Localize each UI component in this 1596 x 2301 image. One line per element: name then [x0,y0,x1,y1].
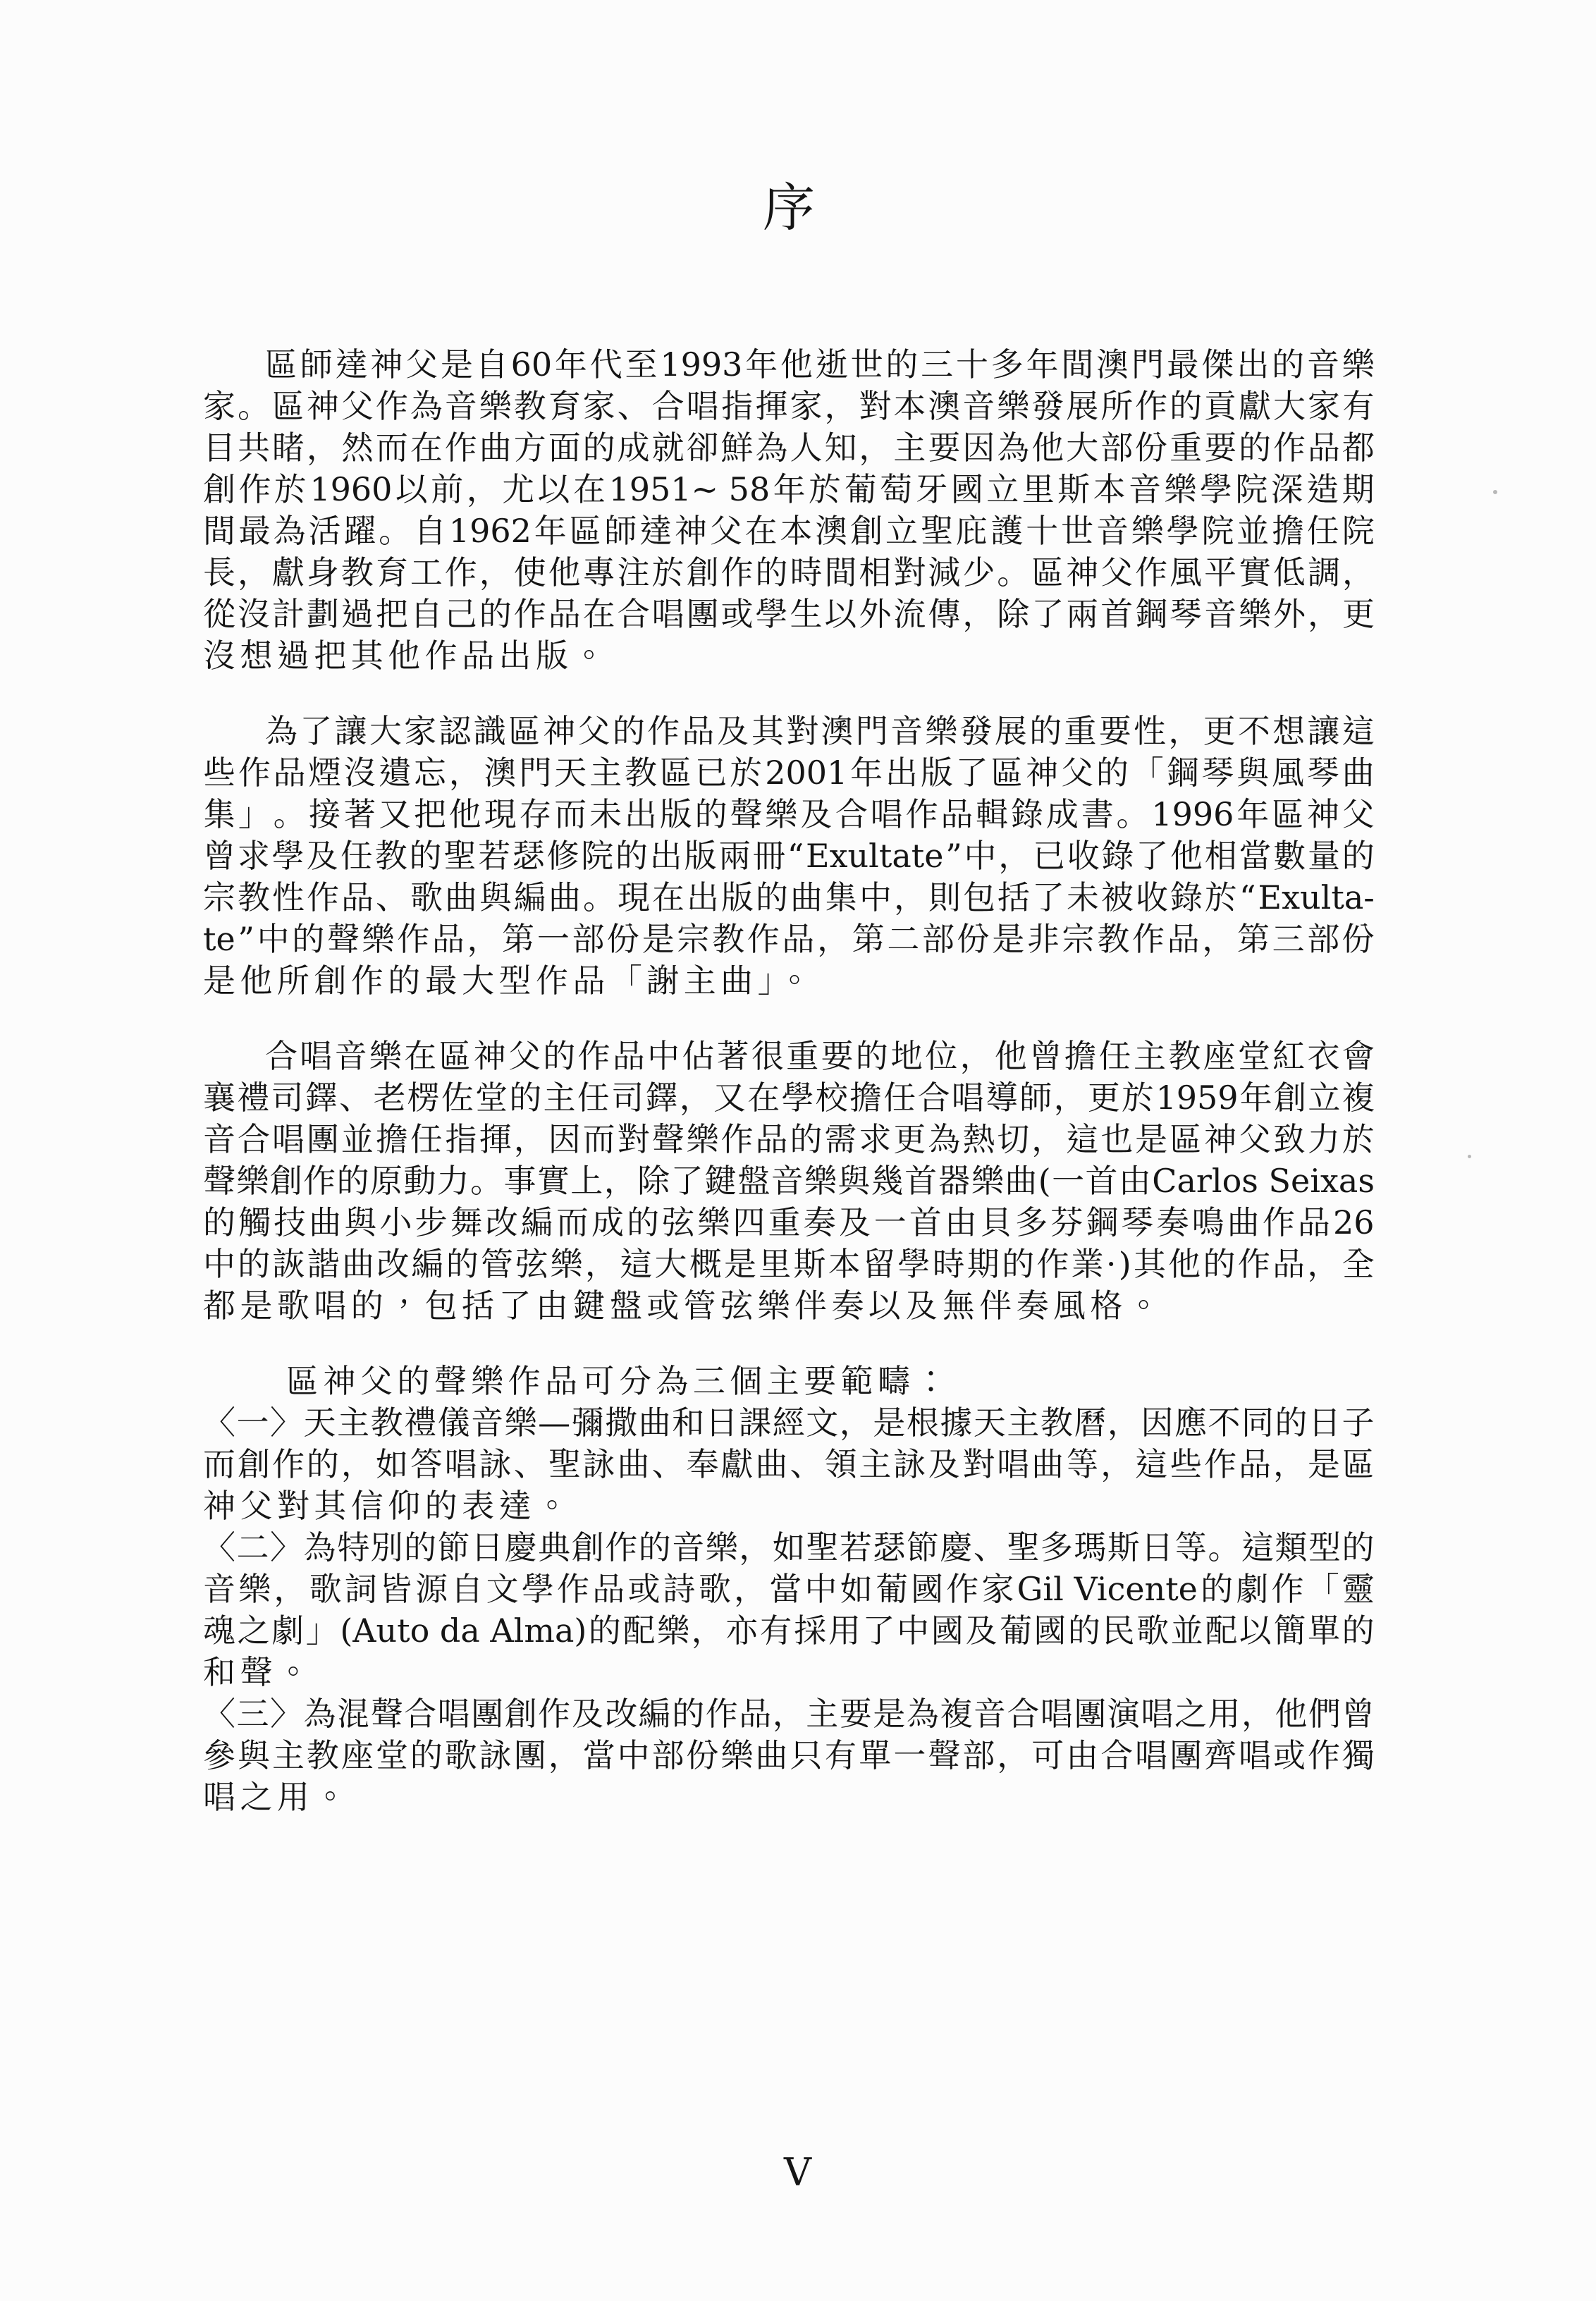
text-line: 宗教性作品、歌曲與編曲。現在出版的曲集中，則包括了未被收錄於“Exulta- [203,877,1375,919]
text-line: 〈三〉為混聲合唱團創作及改編的作品，主要是為複音合唱團演唱之用，他們曾 [203,1693,1375,1735]
text-line: 從沒計劃過把自己的作品在合唱團或學生以外流傳，除了兩首鋼琴音樂外，更 [203,594,1375,635]
category-list: 區神父的聲樂作品可分為三個主要範疇：〈一〉天主教禮儀音樂—彌撒曲和日課經文，是根… [203,1361,1375,1818]
text-line: 聲樂創作的原動力。事實上，除了鍵盤音樂與幾首器樂曲(一首由Carlos Seix… [203,1160,1375,1202]
text-line: 些作品煙沒遺忘，澳門天主教區已於2001年出版了區神父的「鋼琴與風琴曲 [203,752,1375,794]
page-title: 序 [203,0,1375,238]
text-line: 〈一〉天主教禮儀音樂—彌撒曲和日課經文，是根據天主教曆，因應不同的日子 [203,1402,1375,1444]
text-line: 間最為活躍。自1962年區師達神父在本澳創立聖庇護十世音樂學院並擔任院 [203,510,1375,552]
text-line: 區師達神父是自60年代至1993年他逝世的三十多年間澳門最傑出的音樂 [203,344,1375,386]
scan-speck [1468,1155,1471,1158]
document-body: 區師達神父是自60年代至1993年他逝世的三十多年間澳門最傑出的音樂家。區神父作… [203,344,1375,1818]
text-line: 襄禮司鐸、老楞佐堂的主任司鐸，又在學校擔任合唱導師，更於1959年創立複 [203,1077,1375,1119]
text-line: 唱之用。 [203,1777,1375,1818]
text-line: 中的詼諧曲改編的管弦樂，這大概是里斯本留學時期的作業·)其他的作品，全 [203,1244,1375,1285]
text-line: 創作於1960以前，尤以在1951~ 58年於葡萄牙國立里斯本音樂學院深造期 [203,469,1375,510]
text-line: 家。區神父作為音樂教育家、合唱指揮家，對本澳音樂發展所作的貢獻大家有 [203,386,1375,427]
text-line: 音樂，歌詞皆源自文學作品或詩歌，當中如葡國作家Gil Vicente的劇作「靈 [203,1569,1375,1610]
text-line: 的觸技曲與小步舞改編而成的弦樂四重奏及一首由貝多芬鋼琴奏鳴曲作品26 [203,1202,1375,1244]
text-line: 魂之劇」(Auto da Alma)的配樂，亦有採用了中國及葡國的民歌並配以簡單… [203,1610,1375,1652]
text-line: te”中的聲樂作品，第一部份是宗教作品，第二部份是非宗教作品，第三部份 [203,919,1375,960]
paragraph-2: 為了讓大家認識區神父的作品及其對澳門音樂發展的重要性，更不想讓這些作品煙沒遺忘，… [203,711,1375,1002]
scanned-page: { "document": { "title": "序", "page_numb… [0,0,1596,2301]
text-line: 和聲。 [203,1652,1375,1693]
text-line: 是他所創作的最大型作品「謝主曲」。 [203,960,1375,1002]
scan-speck [1493,490,1497,494]
text-line: 區神父的聲樂作品可分為三個主要範疇： [203,1361,1375,1402]
text-line: 為了讓大家認識區神父的作品及其對澳門音樂發展的重要性，更不想讓這 [203,711,1375,752]
page-number: V [0,2152,1596,2194]
text-line: 都是歌唱的，包括了由鍵盤或管弦樂伴奏以及無伴奏風格。 [203,1285,1375,1327]
text-line: 而創作的，如答唱詠、聖詠曲、奉獻曲、領主詠及對唱曲等，這些作品，是區 [203,1444,1375,1485]
text-line: 〈二〉為特別的節日慶典創作的音樂，如聖若瑟節慶、聖多瑪斯日等。這類型的 [203,1527,1375,1569]
text-line: 目共睹，然而在作曲方面的成就卻鮮為人知，主要因為他大部份重要的作品都 [203,427,1375,469]
paragraph-3: 合唱音樂在區神父的作品中佔著很重要的地位，他曾擔任主教座堂紅衣會襄禮司鐸、老楞佐… [203,1036,1375,1327]
text-line: 神父對其信仰的表達。 [203,1485,1375,1527]
text-line: 長，獻身教育工作，使他專注於創作的時間相對減少。區神父作風平實低調， [203,552,1375,594]
text-line: 曾求學及任教的聖若瑟修院的出版兩冊“Exultate”中，已收錄了他相當數量的 [203,835,1375,877]
text-line: 集」。接著又把他現存而未出版的聲樂及合唱作品輯錄成書。1996年區神父 [203,794,1375,835]
text-line: 沒想過把其他作品出版。 [203,635,1375,677]
text-line: 音合唱團並擔任指揮，因而對聲樂作品的需求更為熱切，這也是區神父致力於 [203,1119,1375,1160]
text-line: 參與主教座堂的歌詠團，當中部份樂曲只有單一聲部，可由合唱團齊唱或作獨 [203,1735,1375,1777]
paragraph-1: 區師達神父是自60年代至1993年他逝世的三十多年間澳門最傑出的音樂家。區神父作… [203,344,1375,677]
text-line: 合唱音樂在區神父的作品中佔著很重要的地位，他曾擔任主教座堂紅衣會 [203,1036,1375,1077]
